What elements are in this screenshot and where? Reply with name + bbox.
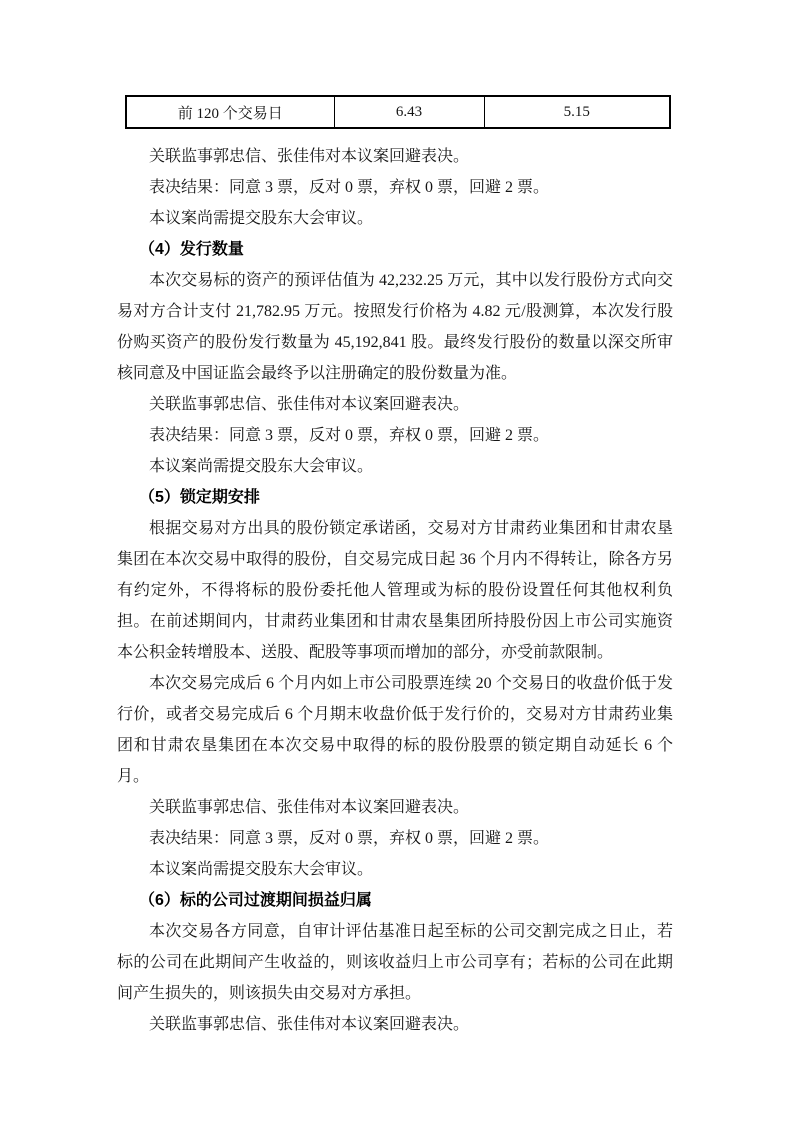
table-cell-period: 前 120 个交易日	[126, 96, 334, 128]
submit-note-2: 本议案尚需提交股东大会审议。	[117, 451, 673, 482]
submit-note-1: 本议案尚需提交股东大会审议。	[117, 203, 673, 234]
paragraph-issue-quantity: 本次交易标的资产的预评估值为 42,232.25 万元，其中以发行股份方式向交易…	[117, 265, 673, 389]
paragraph-transition-pl: 本次交易各方同意，自审计评估基准日起至标的公司交割完成之日止，若标的公司在此期间…	[117, 916, 673, 1009]
recusal-note-4: 关联监事郭忠信、张佳伟对本议案回避表决。	[117, 1009, 673, 1040]
vote-result-1: 表决结果：同意 3 票，反对 0 票，弃权 0 票，回避 2 票。	[117, 172, 673, 203]
submit-note-3: 本议案尚需提交股东大会审议。	[117, 854, 673, 885]
section-heading-lockup: （5）锁定期安排	[117, 482, 673, 513]
recusal-note-1: 关联监事郭忠信、张佳伟对本议案回避表决。	[117, 141, 673, 172]
recusal-note-3: 关联监事郭忠信、张佳伟对本议案回避表决。	[117, 792, 673, 823]
document-page: 前 120 个交易日 6.43 5.15 关联监事郭忠信、张佳伟对本议案回避表决…	[0, 0, 793, 1122]
section-heading-transition-pl: （6）标的公司过渡期间损益归属	[117, 885, 673, 916]
paragraph-lockup-1: 根据交易对方出具的股份锁定承诺函，交易对方甘肃药业集团和甘肃农垦集团在本次交易中…	[117, 513, 673, 668]
document-body: 前 120 个交易日 6.43 5.15 关联监事郭忠信、张佳伟对本议案回避表决…	[117, 95, 673, 1040]
paragraph-lockup-2: 本次交易完成后 6 个月内如上市公司股票连续 20 个交易日的收盘价低于发行价，…	[117, 668, 673, 792]
trading-day-price-table: 前 120 个交易日 6.43 5.15	[125, 95, 671, 129]
recusal-note-2: 关联监事郭忠信、张佳伟对本议案回避表决。	[117, 389, 673, 420]
vote-result-3: 表决结果：同意 3 票，反对 0 票，弃权 0 票，回避 2 票。	[117, 823, 673, 854]
table-row: 前 120 个交易日 6.43 5.15	[126, 96, 670, 128]
table-cell-price-2: 5.15	[484, 96, 670, 128]
vote-result-2: 表决结果：同意 3 票，反对 0 票，弃权 0 票，回避 2 票。	[117, 420, 673, 451]
section-heading-issue-quantity: （4）发行数量	[117, 234, 673, 265]
table-cell-price-1: 6.43	[334, 96, 484, 128]
